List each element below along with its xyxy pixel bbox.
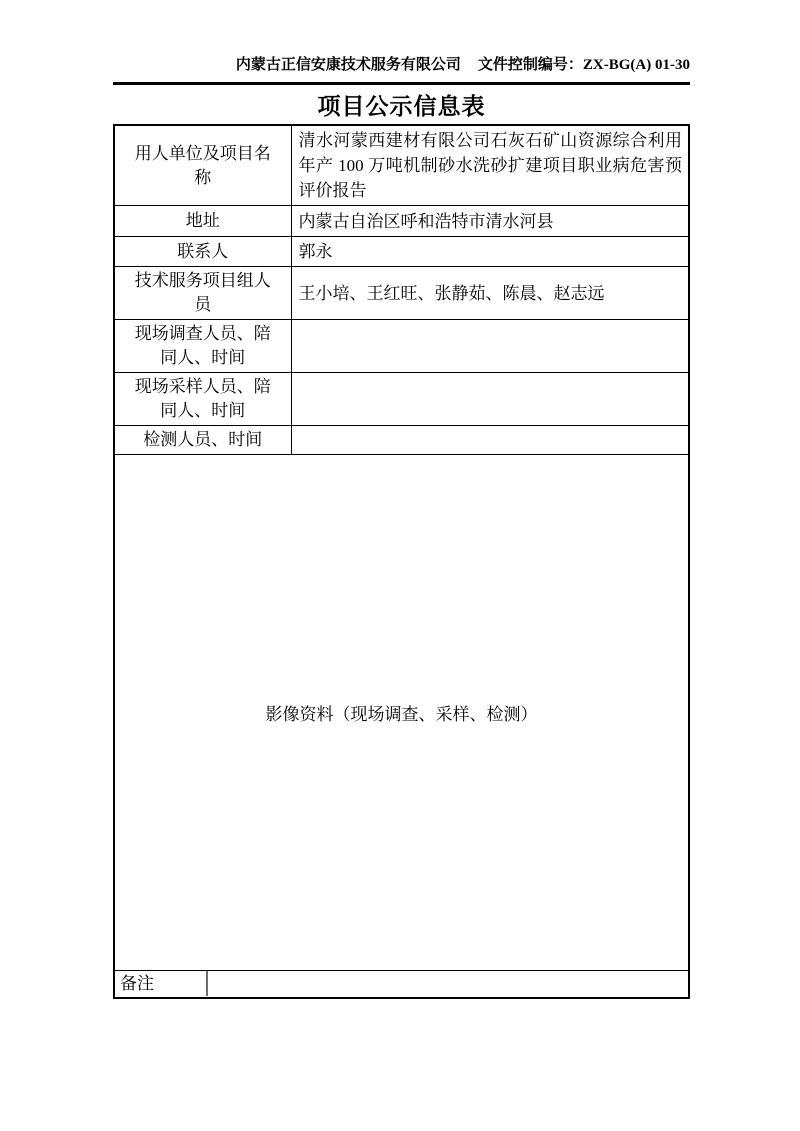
page-content: 内蒙古正信安康技术服务有限公司 文件控制编号：ZX-BG(A) 01-30 项目… — [113, 0, 690, 999]
table-row-service-team: 技术服务项目组人员 王小培、王红旺、张静茹、陈晨、赵志远 — [114, 267, 689, 320]
row-label-text: 现场采样人员、陪同人、时间 — [130, 375, 276, 423]
row-label-text: 检测人员、时间 — [143, 428, 262, 452]
row-value-inspection — [291, 426, 689, 455]
table-row-employer-project: 用人单位及项目名称 清水河蒙西建材有限公司石灰石矿山资源综合利用年产 100 万… — [114, 125, 689, 206]
row-label-address: 地址 — [114, 206, 291, 237]
row-label-text: 用人单位及项目名称 — [130, 142, 276, 190]
media-section-cell: 影像资料（现场调查、采样、检测） — [114, 455, 689, 971]
table-row-contact: 联系人 郭永 — [114, 237, 689, 267]
page-title: 项目公示信息表 — [113, 93, 690, 121]
row-label-text: 地址 — [186, 209, 220, 233]
table-row-inspection: 检测人员、时间 — [114, 426, 689, 455]
table-row-site-survey: 现场调查人员、陪同人、时间 — [114, 320, 689, 373]
media-section-title: 影像资料（现场调查、采样、检测） — [115, 704, 688, 726]
table-row-media: 影像资料（现场调查、采样、检测） — [114, 455, 689, 971]
row-value-service-team: 王小培、王红旺、张静茹、陈晨、赵志远 — [291, 267, 689, 320]
remark-label: 备注 — [115, 971, 206, 996]
doc-control-number: 文件控制编号：ZX-BG(A) 01-30 — [478, 57, 690, 74]
row-value-contact: 郭永 — [291, 237, 689, 267]
row-label-text: 现场调查人员、陪同人、时间 — [130, 322, 276, 370]
table-row-address: 地址 内蒙古自治区呼和浩特市清水河县 — [114, 206, 689, 237]
document-page: 内蒙古正信安康技术服务有限公司 文件控制编号：ZX-BG(A) 01-30 项目… — [0, 0, 800, 1131]
row-value-address: 内蒙古自治区呼和浩特市清水河县 — [291, 206, 689, 237]
row-label-inspection: 检测人员、时间 — [114, 426, 291, 455]
row-value-employer-project: 清水河蒙西建材有限公司石灰石矿山资源综合利用年产 100 万吨机制砂水洗砂扩建项… — [291, 125, 689, 206]
document-header: 内蒙古正信安康技术服务有限公司 文件控制编号：ZX-BG(A) 01-30 — [113, 57, 690, 85]
row-value-sampling — [291, 373, 689, 426]
company-name: 内蒙古正信安康技术服务有限公司 — [236, 57, 461, 74]
remark-row: 备注 — [115, 971, 688, 996]
row-label-employer-project: 用人单位及项目名称 — [114, 125, 291, 206]
row-label-service-team: 技术服务项目组人员 — [114, 267, 291, 320]
project-info-table: 用人单位及项目名称 清水河蒙西建材有限公司石灰石矿山资源综合利用年产 100 万… — [113, 124, 690, 999]
row-label-site-survey: 现场调查人员、陪同人、时间 — [114, 320, 291, 373]
row-label-text: 联系人 — [177, 240, 228, 264]
remark-cell: 备注 — [114, 971, 689, 998]
table-row-remark: 备注 — [114, 971, 689, 998]
table-row-sampling: 现场采样人员、陪同人、时间 — [114, 373, 689, 426]
remark-value — [206, 971, 688, 996]
row-label-text: 技术服务项目组人员 — [130, 269, 276, 317]
row-label-sampling: 现场采样人员、陪同人、时间 — [114, 373, 291, 426]
row-value-site-survey — [291, 320, 689, 373]
row-label-contact: 联系人 — [114, 237, 291, 267]
